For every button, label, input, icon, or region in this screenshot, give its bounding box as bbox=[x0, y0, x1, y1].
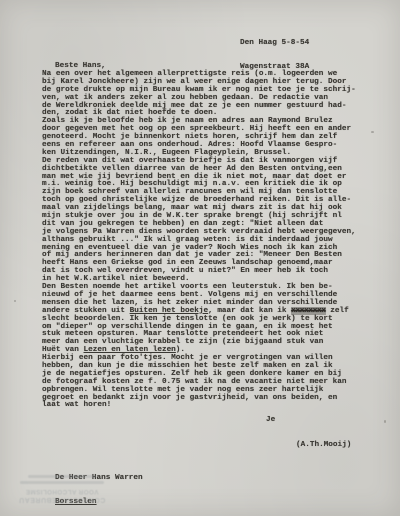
text-run: je volgens Pa Warren diens woorden sterk… bbox=[42, 228, 356, 236]
text-run: de grote drukte op mijn Bureau kwam ik e… bbox=[42, 86, 356, 94]
text-run: ven, wat ik anders zeker al zou hebben g… bbox=[42, 94, 328, 102]
text-run: dit van jou gekregen te hebben) en dan z… bbox=[42, 220, 323, 228]
salutation: Beste Hans, bbox=[55, 62, 106, 70]
scan-speck bbox=[371, 131, 374, 133]
underlined-text: Lezen en laten lezen bbox=[84, 346, 176, 354]
letter-body: Na een over het algemeen allerprettigste… bbox=[42, 71, 356, 410]
header-city-date: Den Haag 5-8-54 bbox=[240, 39, 309, 47]
text-run: mijn stukje over jou in de W.K.ter sprak… bbox=[42, 212, 342, 220]
underlined-text: Buiten het boekje bbox=[130, 307, 208, 315]
text-run: slecht beoordelen. Ik ken je tenslotte (… bbox=[42, 315, 333, 323]
typed-signature: (A.Th.Mooij) bbox=[296, 441, 351, 449]
text-run: Huët van bbox=[42, 346, 84, 354]
text-run: ken Uitzendingen, N.I.R., Eugeen Flageyp… bbox=[42, 149, 291, 157]
text-run: je de negatiefjes opsturen. Zelf heb ik … bbox=[42, 370, 342, 378]
text-run: althans gebruikt ..." Ik wil graag weten… bbox=[42, 236, 333, 244]
scanned-letter-page: Den Haag 5-8-54 Wagenstraat 38A Beste Ha… bbox=[0, 0, 400, 516]
text-run: hebben, dan kun je die misschien het bes… bbox=[42, 362, 333, 370]
text-run: in het W.K.artikel niet beweerd. bbox=[42, 275, 190, 283]
text-run: zelf bbox=[326, 307, 349, 315]
text-run: eens en refereer aan ons onderhoud. Adre… bbox=[42, 141, 337, 149]
text-run: dichtbetikte vellen diarree van de heer … bbox=[42, 165, 342, 173]
letter-body-line: laat wat horen! bbox=[42, 402, 356, 410]
bleedthrough-illegible-line bbox=[28, 476, 95, 479]
text-run: Hierbij een paar foto'tjes. Mocht je er … bbox=[42, 354, 333, 362]
scan-speck bbox=[384, 420, 386, 423]
text-run: genoteerd. Mocht je binnenkort niets hor… bbox=[42, 133, 337, 141]
text-run: Na een over het algemeen allerprettigste… bbox=[42, 70, 337, 78]
bleedthrough-stamp: CONSULTATIEBUREAU VOOR ALCOHOLISME bbox=[4, 438, 120, 504]
struck-out-text: xxxxxxxx bbox=[291, 307, 326, 315]
text-run: nieuwd of je het daarmee eens bent. Volg… bbox=[42, 291, 337, 299]
text-run: ). bbox=[176, 346, 185, 354]
bleedthrough-stamp-line2: VOOR ALCOHOLISME bbox=[4, 487, 120, 495]
text-run: bij Karel Jonckheere) zijn we al weer en… bbox=[42, 78, 346, 86]
text-run: , maar dat kan ik bbox=[208, 307, 291, 315]
closing: Je bbox=[266, 416, 275, 424]
text-run: De reden van dit wat overhaaste briefje … bbox=[42, 157, 337, 165]
text-run: de fotograaf kosten ze f. 0.75 wat ik na… bbox=[42, 378, 346, 386]
bleedthrough-illegible-line bbox=[20, 481, 104, 484]
text-run: laat wat horen! bbox=[42, 401, 111, 409]
scan-speck bbox=[14, 300, 16, 302]
text-run: mensen die het lazen, is het zeker niet … bbox=[42, 299, 337, 307]
text-run: andere stukken uit bbox=[42, 307, 130, 315]
text-run: Den Besten noemde het artikel voorts een… bbox=[42, 283, 333, 291]
text-run: maal van zijdelings belang, maar wat mij… bbox=[42, 204, 342, 212]
bleedthrough-stamp-line1: CONSULTATIEBUREAU bbox=[4, 495, 120, 504]
text-run: opbrengen. Wil tenslotte met je vader no… bbox=[42, 386, 323, 394]
